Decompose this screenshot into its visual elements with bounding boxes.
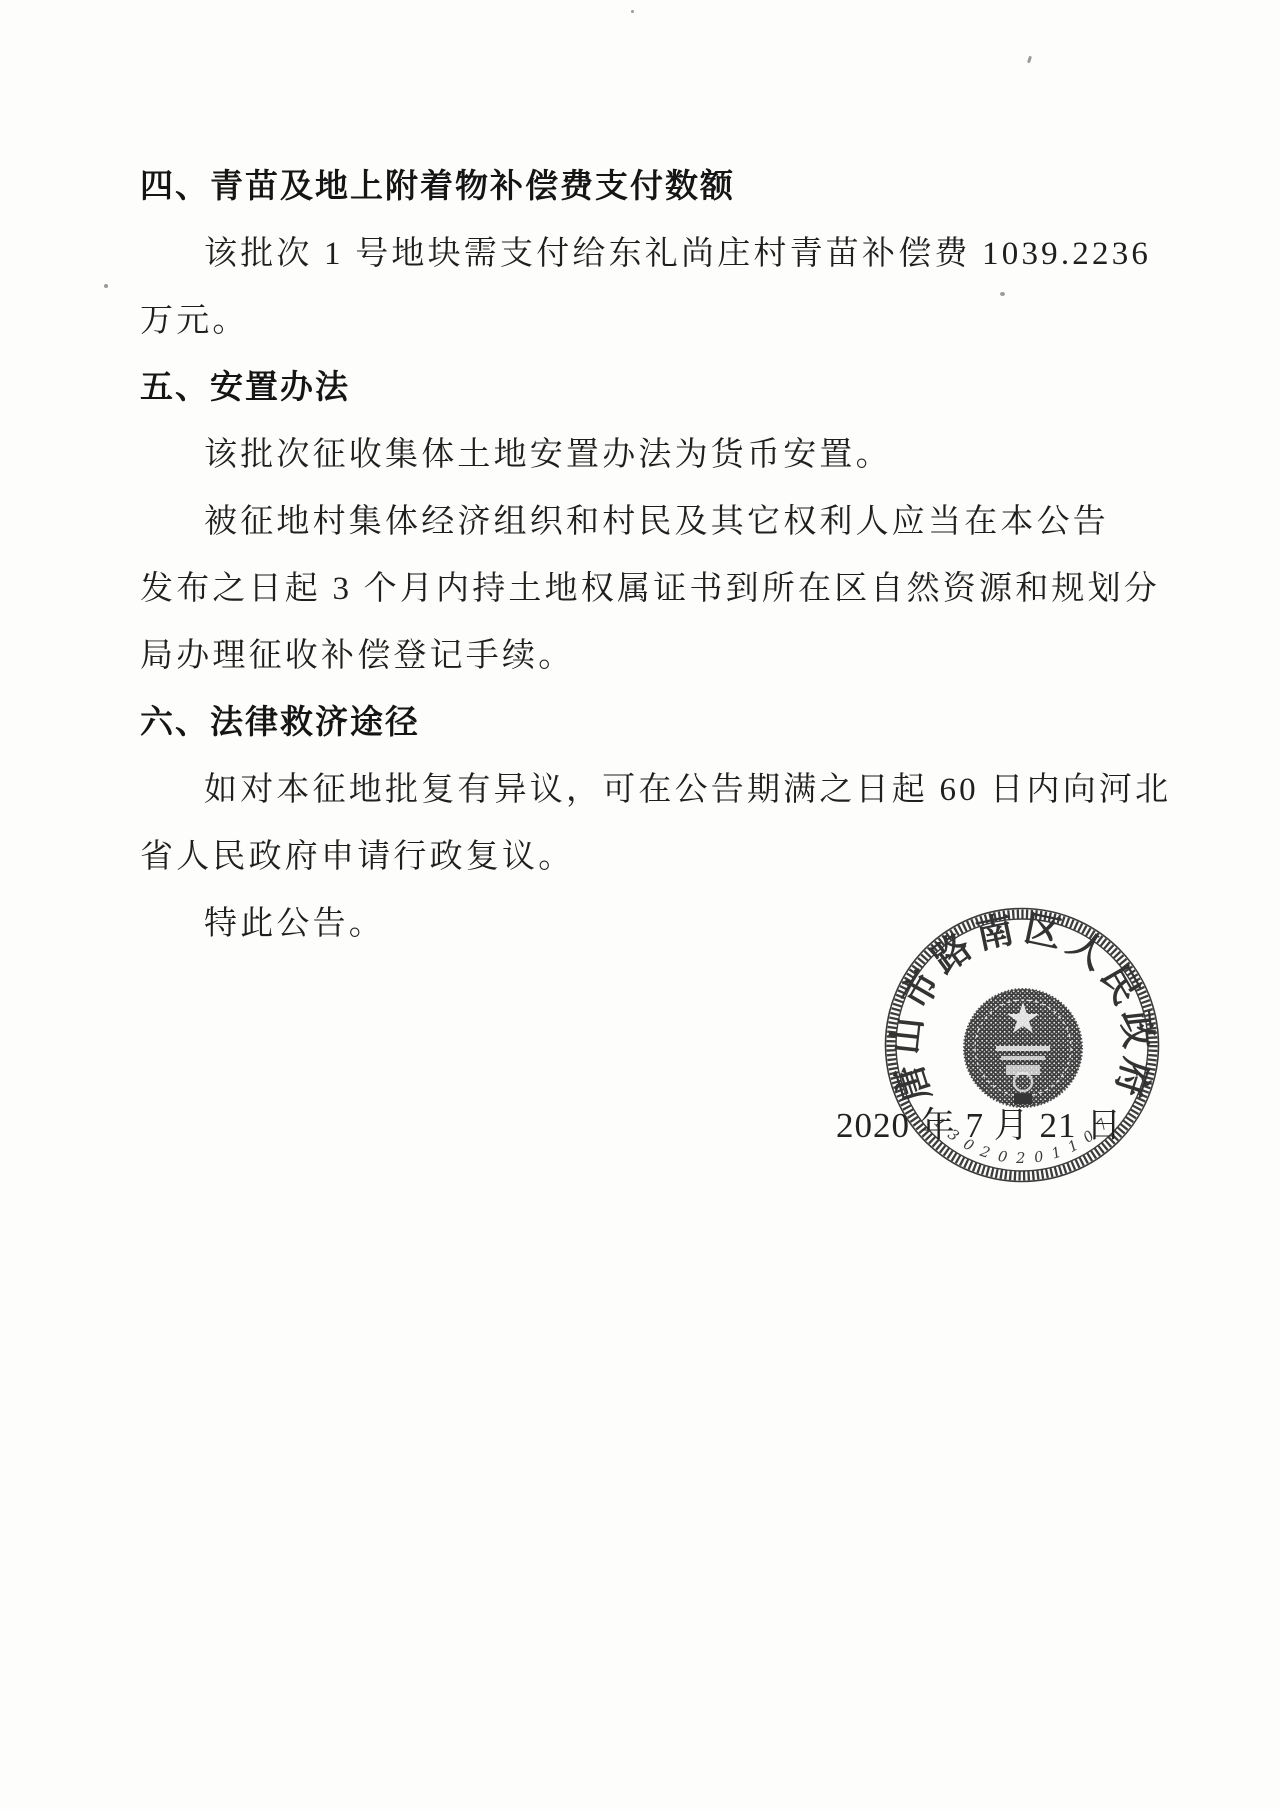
section-heading-5: 五、安置办法 bbox=[140, 351, 1154, 418]
line-rights-holders-2: 发布之日起 3 个月内持土地权属证书到所在区自然资源和规划分 bbox=[140, 552, 1154, 619]
announcement-page: 四、青苗及地上附着物补偿费支付数额 该批次 1 号地块需支付给东礼尚庄村青苗补偿… bbox=[0, 0, 1280, 1809]
scan-speck bbox=[631, 10, 634, 13]
scan-speck bbox=[1027, 56, 1032, 64]
document-body: 四、青苗及地上附着物补偿费支付数额 该批次 1 号地块需支付给东礼尚庄村青苗补偿… bbox=[140, 150, 1154, 954]
national-emblem-icon bbox=[964, 989, 1082, 1107]
line-rights-holders-3: 局办理征收补偿登记手续。 bbox=[140, 619, 1154, 686]
scan-speck bbox=[1000, 292, 1005, 296]
line-resettlement-method: 该批次征收集体土地安置办法为货币安置。 bbox=[140, 418, 1154, 485]
section-heading-4: 四、青苗及地上附着物补偿费支付数额 bbox=[140, 150, 1154, 217]
line-compensation-amount: 该批次 1 号地块需支付给东礼尚庄村青苗补偿费 1039.2236 bbox=[140, 217, 1154, 284]
announcement-date: 2020 年 7 月 21 日 bbox=[836, 1098, 1122, 1148]
line-legal-remedy-1: 如对本征地批复有异议，可在公告期满之日起 60 日内向河北 bbox=[140, 753, 1154, 820]
line-rights-holders-1: 被征地村集体经济组织和村民及其它权利人应当在本公告 bbox=[140, 485, 1154, 552]
scan-speck bbox=[104, 284, 108, 288]
section-heading-6: 六、法律救济途径 bbox=[140, 686, 1154, 753]
line-legal-remedy-2: 省人民政府申请行政复议。 bbox=[140, 820, 1154, 887]
